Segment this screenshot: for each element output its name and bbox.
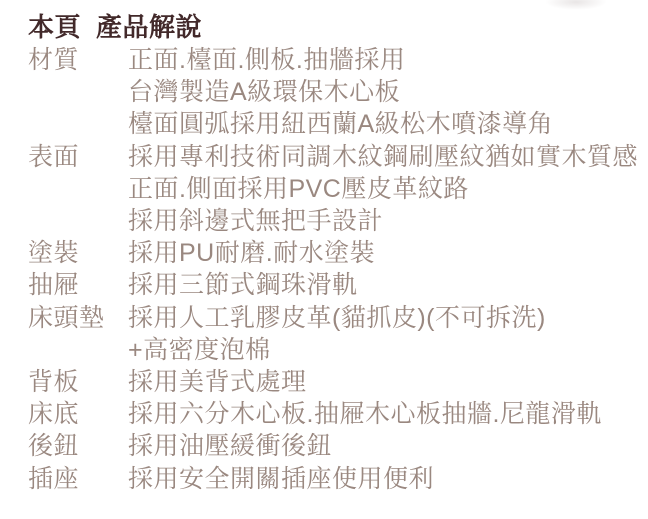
- spec-content-back-panel: 採用美背式處理: [128, 366, 648, 398]
- spec-content-bed-base: 採用六分木心板.抽屜木心板抽牆.尼龍滑軌: [128, 398, 648, 430]
- spec-row-socket: 插座 採用安全開關插座使用便利: [28, 463, 648, 495]
- spec-line: 正面.側面採用PVC壓皮革紋路: [128, 173, 648, 205]
- spec-label-bed-base: 床底: [28, 398, 128, 430]
- product-description-page: 本頁 產品解說 材質 正面.檯面.側板.抽牆採用 台灣製造A級環保木心板 檯面圓…: [0, 0, 648, 519]
- spec-row-headboard-pad: 床頭墊 採用人工乳膠皮革(貓抓皮)(不可拆洗) +高密度泡棉: [28, 302, 648, 366]
- spec-line: 採用專利技術同調木紋鋼刷壓紋猶如實木質感: [128, 141, 648, 173]
- spec-label-drawer: 抽屜: [28, 269, 128, 301]
- spec-content-drawer: 採用三節式鋼珠滑軌: [128, 269, 648, 301]
- spec-line: 採用油壓緩衝後鈕: [128, 430, 648, 462]
- page-title: 本頁 產品解說: [28, 7, 202, 44]
- spec-content-socket: 採用安全開關插座使用便利: [128, 463, 648, 495]
- spec-line: 採用美背式處理: [128, 366, 648, 398]
- scan-smudge-artifact: [545, 0, 607, 10]
- spec-list: 材質 正面.檯面.側板.抽牆採用 台灣製造A級環保木心板 檯面圓弧採用紐西蘭A級…: [28, 44, 648, 495]
- spec-line: 採用安全開關插座使用便利: [128, 463, 648, 495]
- page-title-text: 產品解說: [96, 7, 202, 44]
- spec-content-material: 正面.檯面.側板.抽牆採用 台灣製造A級環保木心板 檯面圓弧採用紐西蘭A級松木噴…: [128, 44, 648, 141]
- spec-row-material: 材質 正面.檯面.側板.抽牆採用 台灣製造A級環保木心板 檯面圓弧採用紐西蘭A級…: [28, 44, 648, 141]
- spec-content-headboard-pad: 採用人工乳膠皮革(貓抓皮)(不可拆洗) +高密度泡棉: [128, 302, 648, 366]
- spec-label-rear-knob: 後鈕: [28, 430, 128, 462]
- spec-line: 檯面圓弧採用紐西蘭A級松木噴漆導角: [128, 108, 648, 140]
- spec-row-surface: 表面 採用專利技術同調木紋鋼刷壓紋猶如實木質感 正面.側面採用PVC壓皮革紋路 …: [28, 141, 648, 238]
- spec-line: 採用六分木心板.抽屜木心板抽牆.尼龍滑軌: [128, 398, 648, 430]
- spec-content-surface: 採用專利技術同調木紋鋼刷壓紋猶如實木質感 正面.側面採用PVC壓皮革紋路 採用斜…: [128, 141, 648, 238]
- spec-line: 採用PU耐磨.耐水塗裝: [128, 237, 648, 269]
- spec-line: +高密度泡棉: [128, 334, 648, 366]
- spec-label-surface: 表面: [28, 141, 128, 173]
- spec-content-rear-knob: 採用油壓緩衝後鈕: [128, 430, 648, 462]
- spec-content-coating: 採用PU耐磨.耐水塗裝: [128, 237, 648, 269]
- spec-label-material: 材質: [28, 44, 128, 76]
- spec-row-bed-base: 床底 採用六分木心板.抽屜木心板抽牆.尼龍滑軌: [28, 398, 648, 430]
- spec-label-back-panel: 背板: [28, 366, 128, 398]
- spec-line: 採用斜邊式無把手設計: [128, 205, 648, 237]
- page-title-prefix: 本頁: [28, 7, 81, 44]
- spec-line: 採用人工乳膠皮革(貓抓皮)(不可拆洗): [128, 302, 648, 334]
- spec-label-socket: 插座: [28, 463, 128, 495]
- spec-label-headboard-pad: 床頭墊: [28, 302, 128, 334]
- spec-line: 台灣製造A級環保木心板: [128, 76, 648, 108]
- spec-line: 採用三節式鋼珠滑軌: [128, 269, 648, 301]
- spec-row-back-panel: 背板 採用美背式處理: [28, 366, 648, 398]
- spec-label-coating: 塗裝: [28, 237, 128, 269]
- spec-line: 正面.檯面.側板.抽牆採用: [128, 44, 648, 76]
- spec-row-coating: 塗裝 採用PU耐磨.耐水塗裝: [28, 237, 648, 269]
- spec-row-drawer: 抽屜 採用三節式鋼珠滑軌: [28, 269, 648, 301]
- spec-row-rear-knob: 後鈕 採用油壓緩衝後鈕: [28, 430, 648, 462]
